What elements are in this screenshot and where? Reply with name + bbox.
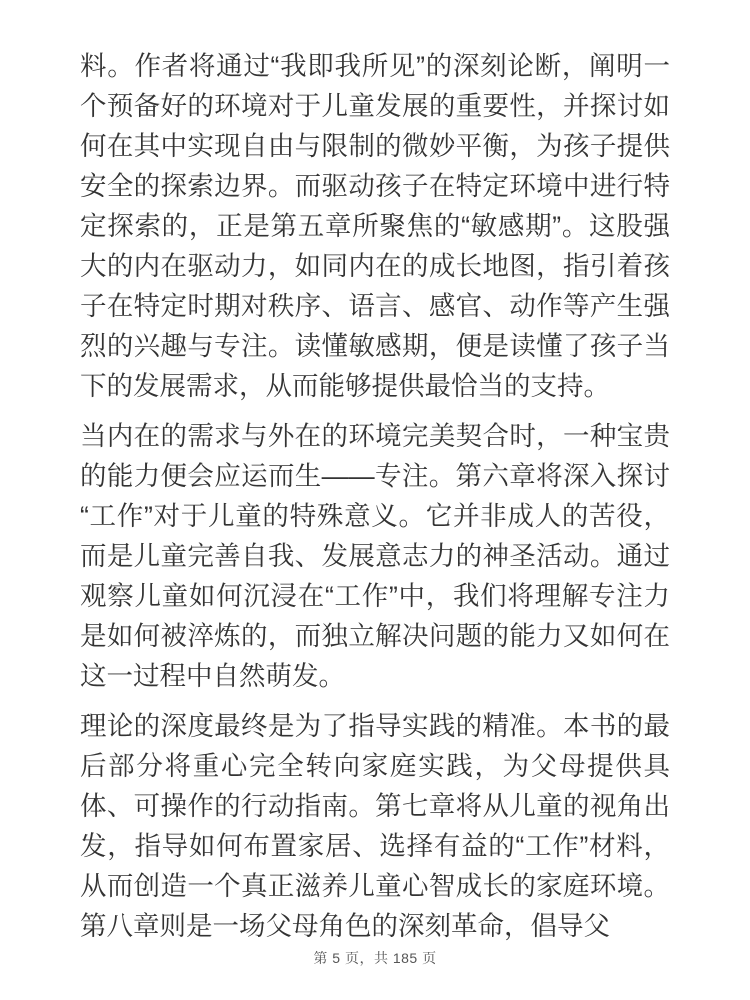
- page-content: 料。作者将通过“我即我所见”的深刻论断，阐明一个预备好的环境对于儿童发展的重要性…: [0, 0, 750, 946]
- page-number-footer: 第 5 页，共 185 页: [0, 948, 750, 968]
- document-page: 料。作者将通过“我即我所见”的深刻论断，阐明一个预备好的环境对于儿童发展的重要性…: [0, 0, 750, 1000]
- paragraph-1: 料。作者将通过“我即我所见”的深刻论断，阐明一个预备好的环境对于儿童发展的重要性…: [80, 46, 670, 406]
- paragraph-2: 当内在的需求与外在的环境完美契合时，一种宝贵的能力便会应运而生——专注。第六章将…: [80, 416, 670, 696]
- paragraph-3: 理论的深度最终是为了指导实践的精准。本书的最后部分将重心完全转向家庭实践，为父母…: [80, 706, 670, 946]
